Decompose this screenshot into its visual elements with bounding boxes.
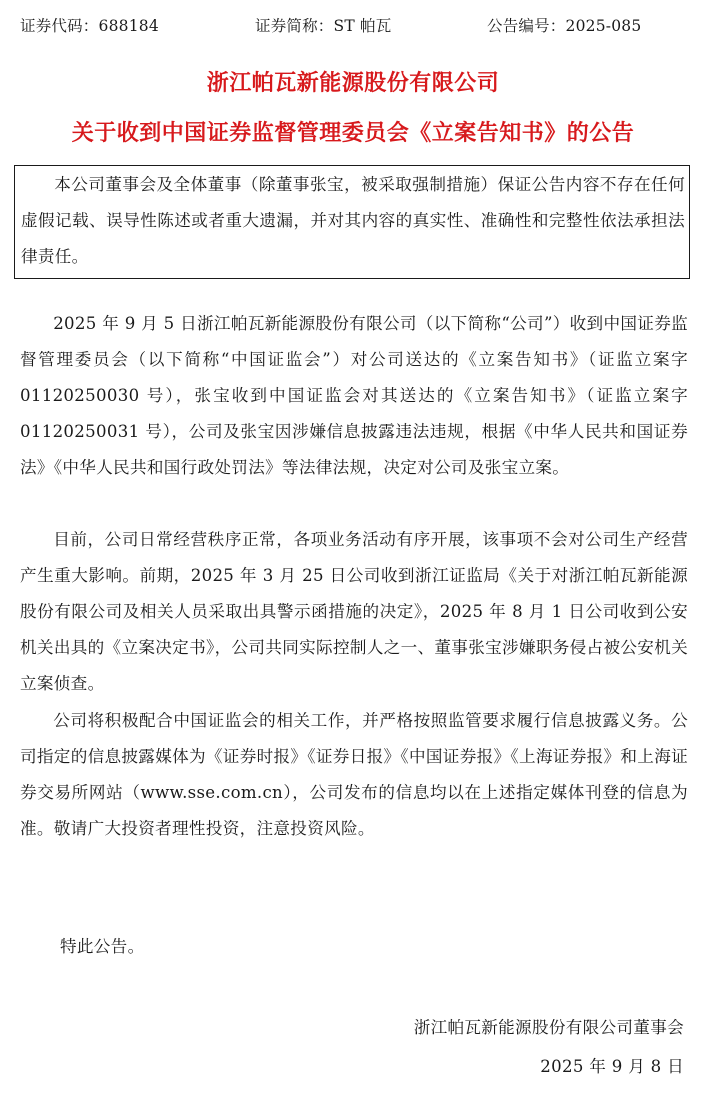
announcement-number-value: 2025-085 bbox=[566, 17, 642, 35]
security-abbr-value: ST 帕瓦 bbox=[334, 17, 392, 35]
body-paragraph-3: 公司将积极配合中国证监会的相关工作，并严格按照监管要求履行信息披露义务。公司指定… bbox=[20, 703, 688, 847]
body-paragraph-1: 2025 年 9 月 5 日浙江帕瓦新能源股份有限公司（以下简称“公司”）收到中… bbox=[20, 306, 688, 486]
body-paragraph-2: 目前，公司日常经营秩序正常，各项业务活动有序开展，该事项不会对公司生产经营产生重… bbox=[20, 522, 688, 702]
board-assurance-text: 本公司董事会及全体董事（除董事张宝，被采取强制措施）保证公告内容不存在任何虚假记… bbox=[21, 167, 685, 275]
security-code-value: 688184 bbox=[99, 17, 159, 35]
announcement-number: 公告编号：2025-085 bbox=[487, 14, 641, 36]
security-abbreviation: 证券简称：ST 帕瓦 bbox=[255, 14, 391, 36]
security-abbr-label: 证券简称： bbox=[255, 17, 334, 35]
announcement-subject-title: 关于收到中国证券监督管理委员会《立案告知书》的公告 bbox=[0, 116, 706, 147]
signature-date: 2025 年 9 月 8 日 bbox=[540, 1049, 684, 1085]
announcement-number-label: 公告编号： bbox=[487, 17, 566, 35]
signature-organization: 浙江帕瓦新能源股份有限公司董事会 bbox=[414, 1010, 684, 1046]
board-assurance-notice-box: 本公司董事会及全体董事（除董事张宝，被采取强制措施）保证公告内容不存在任何虚假记… bbox=[14, 165, 690, 279]
closing-statement: 特此公告。 bbox=[60, 929, 144, 965]
security-code-label: 证券代码： bbox=[20, 17, 99, 35]
announcement-header: 证券代码：688184 证券简称：ST 帕瓦 公告编号：2025-085 bbox=[0, 14, 706, 38]
security-code: 证券代码：688184 bbox=[20, 14, 159, 36]
company-title: 浙江帕瓦新能源股份有限公司 bbox=[0, 66, 706, 97]
